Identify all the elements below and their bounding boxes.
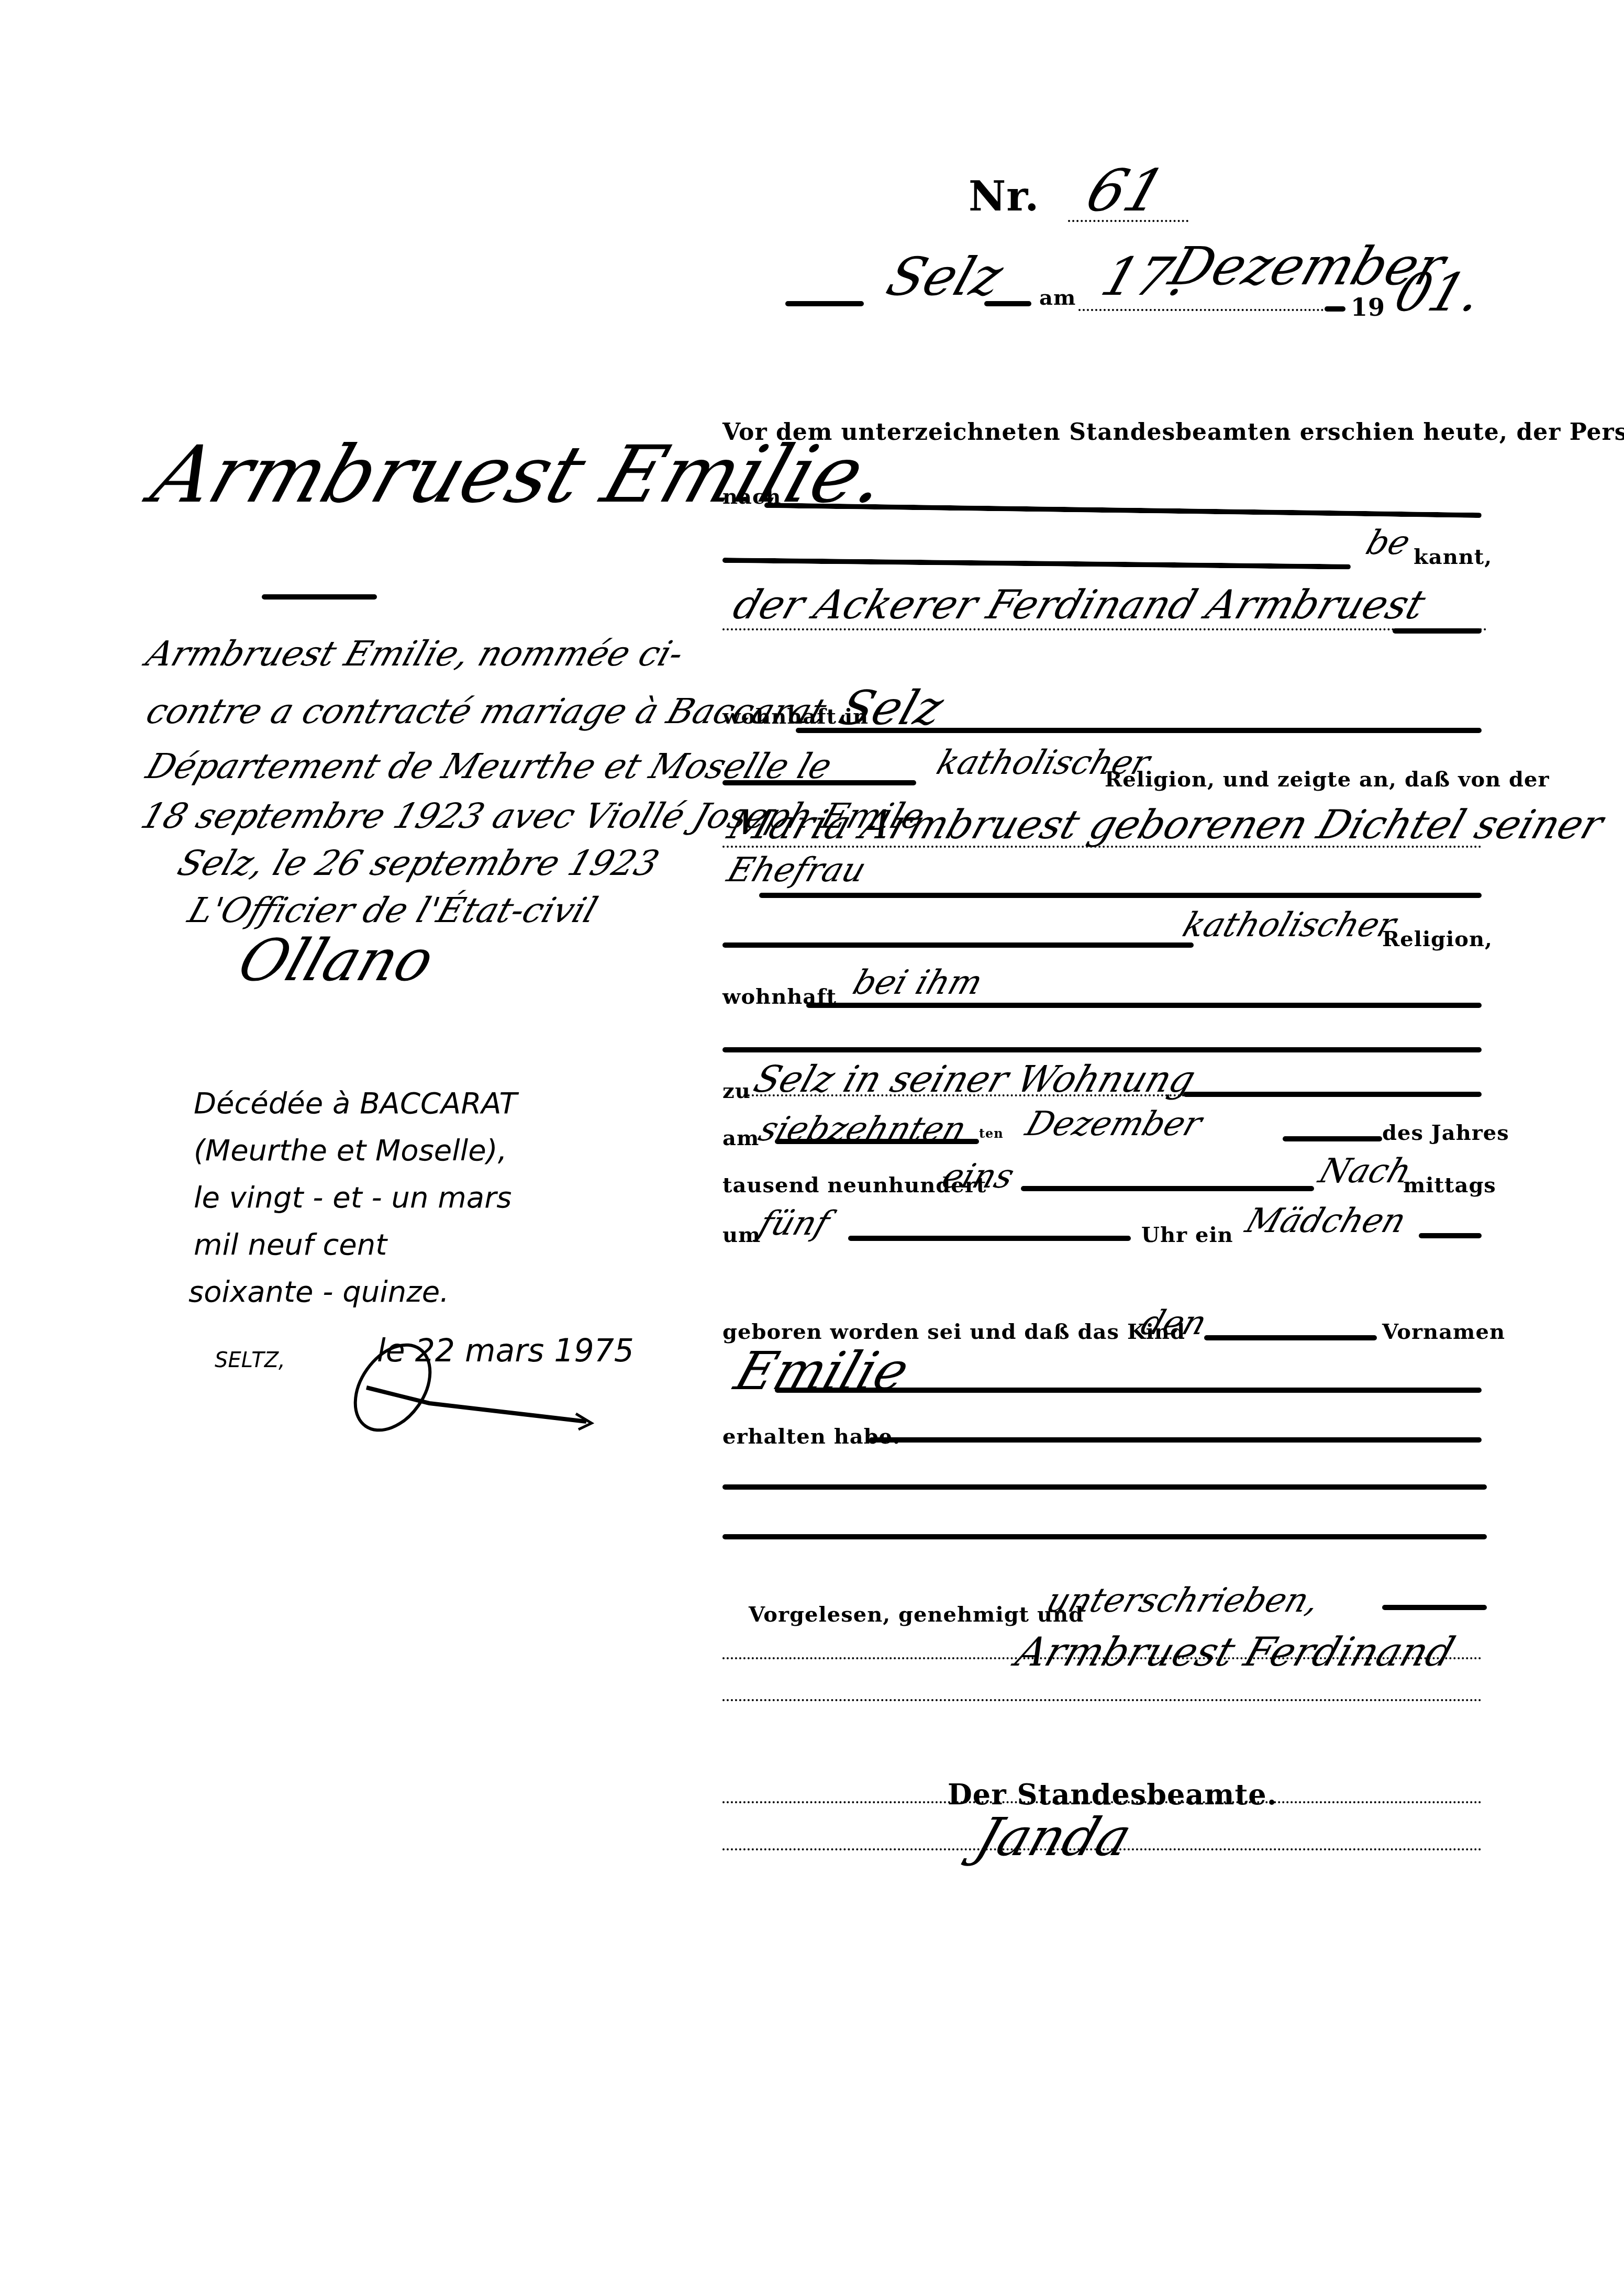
marriage-note-line: Selz, le 26 septembre 1923	[173, 843, 664, 883]
vorgelesen-value: unterschrieben,	[1042, 1581, 1325, 1620]
intro-text: Vor dem unterzeichneten Standesbeamten e…	[722, 419, 1624, 446]
death-note-line: mil neuf cent	[194, 1228, 387, 1262]
des-jahres-label: des Jahres	[1382, 1121, 1509, 1145]
signature-line-1	[722, 1657, 1482, 1659]
kind-article-line	[1204, 1335, 1377, 1340]
wohnhaft-line	[806, 1003, 1482, 1008]
record-number-line	[1068, 220, 1188, 222]
zu-label: zu	[722, 1079, 751, 1103]
zu-line-end	[1183, 1092, 1482, 1097]
religion2-value: katholischer	[1178, 906, 1401, 945]
death-note-line: le vingt - et - un mars	[194, 1181, 511, 1215]
am-label: am	[1039, 285, 1076, 310]
um-label: um	[722, 1223, 761, 1247]
hour-line	[848, 1236, 1131, 1241]
blank-line-1	[722, 1047, 1482, 1052]
date-line	[1078, 309, 1340, 311]
religion1-line	[722, 780, 916, 785]
erhalten-label: erhalten habe.	[722, 1424, 900, 1449]
mittags-label: mittags	[1403, 1173, 1496, 1197]
child-sex-line	[1419, 1233, 1482, 1238]
vorgelesen-label: Vorgelesen, genehmigt und	[749, 1602, 1084, 1627]
record-number-label: Nr.	[969, 173, 1039, 220]
uhr-ein-label: Uhr ein	[1141, 1223, 1233, 1247]
tageszeit-value: Nach	[1314, 1152, 1416, 1191]
record-number-value: 61	[1078, 157, 1174, 224]
death-note-signature-flourish	[346, 1330, 618, 1435]
bekannt-line	[722, 558, 1351, 570]
ten-label: ten	[979, 1126, 1004, 1141]
official-signature: Janda	[969, 1806, 1139, 1868]
margin-divider	[262, 594, 377, 600]
wohnhaft-in-line	[796, 728, 1482, 733]
place-line-end	[984, 301, 1031, 306]
blank-line-2	[722, 1484, 1487, 1490]
declarant-line	[722, 628, 1487, 630]
bekannt-prefix: be	[1361, 524, 1415, 562]
year-prefix: 19	[1351, 293, 1385, 321]
birth-year-word: eins	[937, 1157, 1019, 1196]
am-day-label: am	[722, 1126, 759, 1150]
official-line-2	[722, 1848, 1482, 1850]
marriage-note-line: L'Officier de l'État-civil	[183, 890, 603, 930]
vorgelesen-line	[1382, 1605, 1487, 1610]
religion1-label: Religion, und zeigte an, daß von der	[1105, 767, 1550, 792]
declarant-line-end	[1393, 628, 1482, 634]
wohnhaft-value: bei ihm	[848, 963, 987, 1002]
birth-year-line	[1021, 1186, 1314, 1191]
mother-cont-value: Ehefrau	[722, 851, 871, 890]
place-value: Selz	[880, 246, 1010, 307]
mother-line	[722, 846, 1482, 848]
mother-cont-line	[759, 893, 1482, 898]
declarant-value: der Ackerer Ferdinand Armbruest	[728, 581, 1431, 628]
blank-line-3	[722, 1534, 1487, 1539]
vornamen-label: Vornamen	[1382, 1319, 1505, 1344]
death-place: SELTZ,	[215, 1348, 285, 1372]
declarant-signature: Armbruest Ferdinand	[1010, 1628, 1461, 1675]
marriage-note-line: Armbruest Emilie, nommée ci-	[141, 634, 689, 674]
kind-article-value: den	[1136, 1304, 1211, 1343]
mother-value: Maria Armbruest geborenen Dichtel seiner	[722, 801, 1609, 848]
erhalten-line	[869, 1437, 1482, 1443]
birth-day-line	[775, 1139, 979, 1144]
child-name-line	[775, 1388, 1482, 1393]
birth-month-line	[1283, 1136, 1382, 1141]
hour-value: fünf	[754, 1204, 835, 1243]
religion2-line	[722, 942, 1194, 948]
bekannt-label: kannt,	[1414, 545, 1492, 569]
child-sex-value: Mädchen	[1241, 1202, 1411, 1240]
death-note-line: (Meurthe et Moselle),	[194, 1134, 507, 1168]
official-line	[722, 1801, 1482, 1803]
death-note-line: Décédée à BACCARAT	[194, 1086, 517, 1121]
birth-month-value: Dezember	[1021, 1105, 1207, 1144]
signature-line-2	[722, 1699, 1482, 1701]
marriage-signature: Ollano	[230, 927, 442, 994]
place-line	[785, 301, 864, 306]
date-line-end	[1325, 306, 1345, 312]
religion2-label: Religion,	[1382, 927, 1493, 951]
death-note-line: soixante - quinze.	[188, 1275, 449, 1309]
